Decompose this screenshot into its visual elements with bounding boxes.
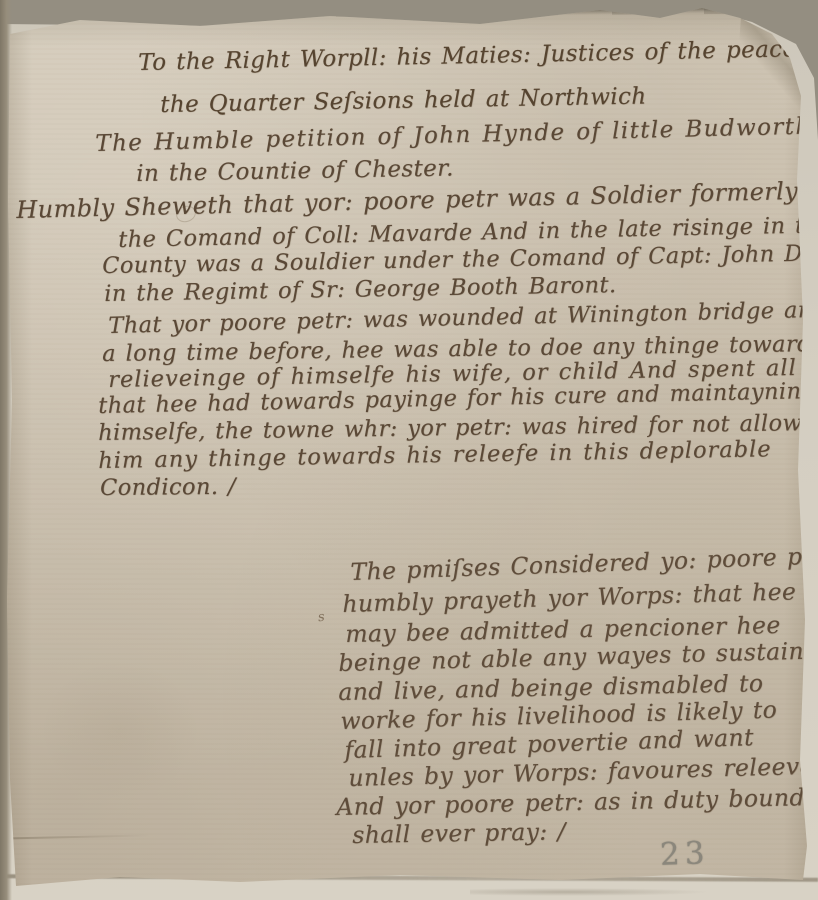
page-number-pencil: 23: [659, 835, 710, 873]
petition-title-line: The Humble petition of John Hynde of lit…: [95, 113, 812, 156]
heading-line: the Quarter Seſsions held at Northwich: [160, 84, 647, 118]
under-sheet-smudge: [470, 888, 710, 896]
scan-background: To the Right Worpll: his Maties: Justice…: [0, 0, 818, 900]
marginal-mark: s: [317, 610, 326, 626]
body-line: Condicon. /: [100, 474, 236, 501]
manuscript-page: To the Right Worpll: his Maties: Justice…: [0, 0, 818, 900]
petition-title-line: in the Countie of Chester.: [136, 155, 454, 187]
prayer-line: shall ever pray: /: [352, 817, 566, 849]
paper-stain-blob: [40, 660, 200, 800]
